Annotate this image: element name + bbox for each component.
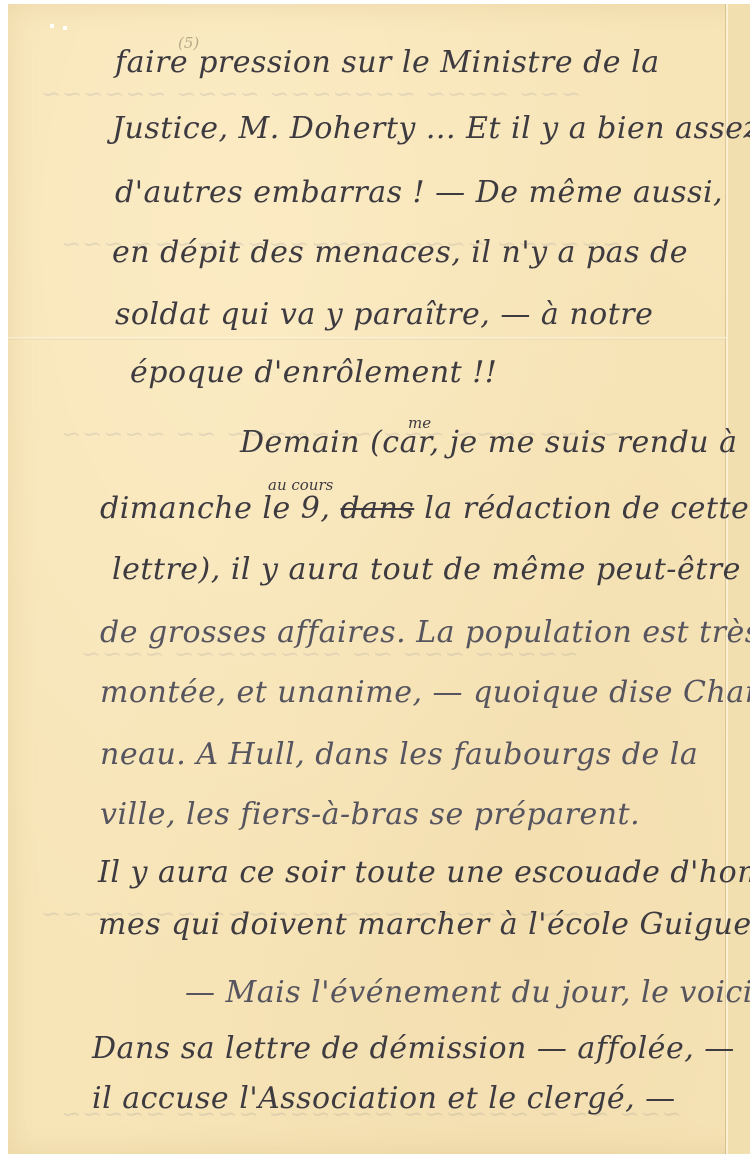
handwritten-line: neau. A Hull, dans les faubourgs de la — [100, 740, 698, 770]
handwritten-line: ville, les fiers-à-bras se préparent. — [100, 800, 640, 830]
handwritten-line: mes qui doivent marcher à l'école Guigue… — [98, 910, 750, 940]
handwritten-line: soldat qui va y paraître, — à notre — [115, 300, 653, 330]
handwritten-line: il accuse l'Association et le clergé, — — [92, 1084, 676, 1114]
line-text: dimanche le 9, — [100, 491, 330, 526]
handwritten-line: lettre), il y aura tout de même peut-êtr… — [112, 555, 741, 585]
handwritten-line: Demain (car, je me suis rendu à — [240, 428, 738, 458]
superscript-insertion: me — [408, 414, 431, 432]
handwritten-line: montée, et unanime, — quoique dise Charb… — [100, 678, 750, 708]
handwritten-line: Dans sa lettre de démission — affolée, — — [92, 1034, 735, 1064]
handwritten-line: faire pression sur le Ministre de la — [115, 48, 660, 78]
struck-word: dans — [340, 491, 414, 526]
handwritten-line: en dépit des menaces, il n'y a pas de — [112, 238, 688, 268]
handwritten-line: Justice, M. Doherty ... Et il y a bien a… — [112, 114, 750, 144]
handwritten-line: — Mais l'événement du jour, le voici. — [185, 978, 750, 1008]
handwritten-line: d'autres embarras ! — De même aussi, — [115, 178, 723, 208]
handwritten-line: Il y aura ce soir toute une escouade d'h… — [98, 858, 750, 888]
handwritten-line: de grosses affaires. La population est t… — [100, 618, 750, 648]
handwritten-line: dimanche le 9, dans la rédaction de cett… — [100, 494, 749, 524]
handwritten-line: époque d'enrôlement !! — [130, 358, 497, 388]
paper-fold-crease — [8, 337, 726, 340]
line-text-continued: la rédaction de cette — [414, 491, 749, 526]
reverse-bleed-through: ~~~ ~~~~ ~~~~~~~ ~~~~ ~~~~~~ — [40, 80, 581, 108]
paper-speck — [63, 26, 67, 30]
paper-speck — [50, 24, 54, 28]
